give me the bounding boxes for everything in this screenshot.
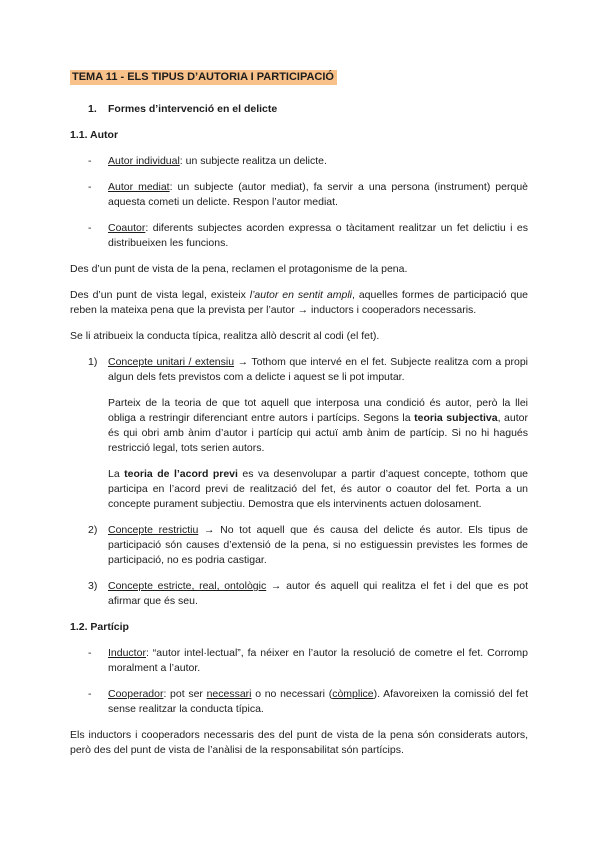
paragraph-teoria-subjectiva: Parteix de la teoria de que tot aquell q… bbox=[108, 396, 528, 456]
text-segment: Els inductors i cooperadors necessaris d… bbox=[70, 729, 528, 756]
page-title: TEMA 11 - ELS TIPUS D’AUTORIA I PARTICIP… bbox=[70, 70, 528, 85]
paragraph-pena: Des d’un punt de vista de la pena, recla… bbox=[70, 262, 528, 277]
list-item-text: Autor individual: un subjecte realitza u… bbox=[108, 154, 528, 169]
text-segment: Autor individual bbox=[108, 155, 180, 167]
text-segment: Formes d’intervenció en el delicte bbox=[108, 103, 277, 115]
list-item-text: Concepte restrictiu → No tot aquell que … bbox=[108, 523, 528, 568]
list-marker: 2) bbox=[88, 523, 108, 568]
text-segment: Inductor bbox=[108, 647, 146, 659]
numbered-item-1: 1)Concepte unitari / extensiu → Tothom q… bbox=[70, 355, 528, 385]
text-segment: 1.1. Autor bbox=[70, 129, 118, 141]
list-marker: - bbox=[88, 221, 108, 251]
numbered-item-3: 3)Concepte estricte, real, ontològic → a… bbox=[70, 579, 528, 609]
text-segment: : un subjecte (autor mediat), fa servir … bbox=[108, 181, 528, 208]
text-segment: teoria de l’acord previ bbox=[124, 468, 238, 480]
text-segment: l’autor en sentit ampli bbox=[250, 289, 352, 301]
list-marker: - bbox=[88, 180, 108, 210]
numbered-heading: 1.Formes d’intervenció en el delicte bbox=[70, 102, 528, 117]
bullet-cooperador: -Cooperador: pot ser necessari o no nece… bbox=[70, 687, 528, 717]
document-content: TEMA 11 - ELS TIPUS D’AUTORIA I PARTICIP… bbox=[70, 70, 528, 769]
text-segment: Des d’un punt de vista legal, existeix bbox=[70, 289, 250, 301]
list-marker: - bbox=[88, 687, 108, 717]
document-page: TEMA 11 - ELS TIPUS D’AUTORIA I PARTICIP… bbox=[0, 0, 600, 848]
text-segment: 1.2. Partícip bbox=[70, 621, 129, 633]
text-segment: còmplice bbox=[332, 688, 373, 700]
text-segment: Se li atribueix la conducta típica, real… bbox=[70, 330, 379, 342]
text-segment: : “autor intel·lectual”, fa néixer en l’… bbox=[108, 647, 528, 674]
section-heading-1-2: 1.2. Partícip bbox=[70, 620, 528, 635]
text-segment: Concepte unitari / extensiu bbox=[108, 356, 234, 368]
list-marker: - bbox=[88, 646, 108, 676]
bullet-inductor: -Inductor: “autor intel·lectual”, fa néi… bbox=[70, 646, 528, 676]
text-segment: : un subjecte realitza un delicte. bbox=[180, 155, 327, 167]
paragraph-final: Els inductors i cooperadors necessaris d… bbox=[70, 728, 528, 758]
list-marker: 3) bbox=[88, 579, 108, 609]
list-marker: 1. bbox=[88, 102, 108, 117]
text-segment: : pot ser bbox=[163, 688, 206, 700]
list-item-text: Formes d’intervenció en el delicte bbox=[108, 102, 528, 117]
list-item-text: Cooperador: pot ser necessari o no neces… bbox=[108, 687, 528, 717]
text-segment: o no necessari ( bbox=[252, 688, 333, 700]
paragraph-conducta: Se li atribueix la conducta típica, real… bbox=[70, 329, 528, 344]
list-item-text: Coautor: diferents subjectes acorden exp… bbox=[108, 221, 528, 251]
bullet-autor-individual: -Autor individual: un subjecte realitza … bbox=[70, 154, 528, 169]
text-segment: La bbox=[108, 468, 124, 480]
bullet-autor-mediat: -Autor mediat: un subjecte (autor mediat… bbox=[70, 180, 528, 210]
list-item-text: Autor mediat: un subjecte (autor mediat)… bbox=[108, 180, 528, 210]
text-segment: : diferents subjectes acorden expressa o… bbox=[108, 222, 528, 249]
text-segment: Autor mediat bbox=[108, 181, 170, 193]
text-segment: teoria subjectiva bbox=[414, 412, 497, 424]
text-segment: Concepte restrictiu bbox=[108, 524, 198, 536]
text-segment: necessari bbox=[207, 688, 252, 700]
list-item-text: Concepte unitari / extensiu → Tothom que… bbox=[108, 355, 528, 385]
text-segment: Des d’un punt de vista de la pena, recla… bbox=[70, 263, 407, 275]
paragraph-acord-previ: La teoria de l’acord previ es va desenvo… bbox=[108, 467, 528, 512]
text-segment: Concepte estricte, real, ontològic bbox=[108, 580, 266, 592]
list-marker: - bbox=[88, 154, 108, 169]
text-segment: Coautor bbox=[108, 222, 145, 234]
numbered-item-2: 2)Concepte restrictiu → No tot aquell qu… bbox=[70, 523, 528, 568]
list-item-text: Inductor: “autor intel·lectual”, fa néix… bbox=[108, 646, 528, 676]
bullet-coautor: -Coautor: diferents subjectes acorden ex… bbox=[70, 221, 528, 251]
paragraph-legal: Des d’un punt de vista legal, existeix l… bbox=[70, 288, 528, 318]
title-highlight: TEMA 11 - ELS TIPUS D’AUTORIA I PARTICIP… bbox=[70, 70, 337, 85]
section-heading-1-1: 1.1. Autor bbox=[70, 128, 528, 143]
text-segment: Cooperador bbox=[108, 688, 163, 700]
list-item-text: Concepte estricte, real, ontològic → aut… bbox=[108, 579, 528, 609]
text-segment: TEMA 11 - ELS TIPUS D’AUTORIA I PARTICIP… bbox=[72, 71, 334, 83]
list-marker: 1) bbox=[88, 355, 108, 385]
